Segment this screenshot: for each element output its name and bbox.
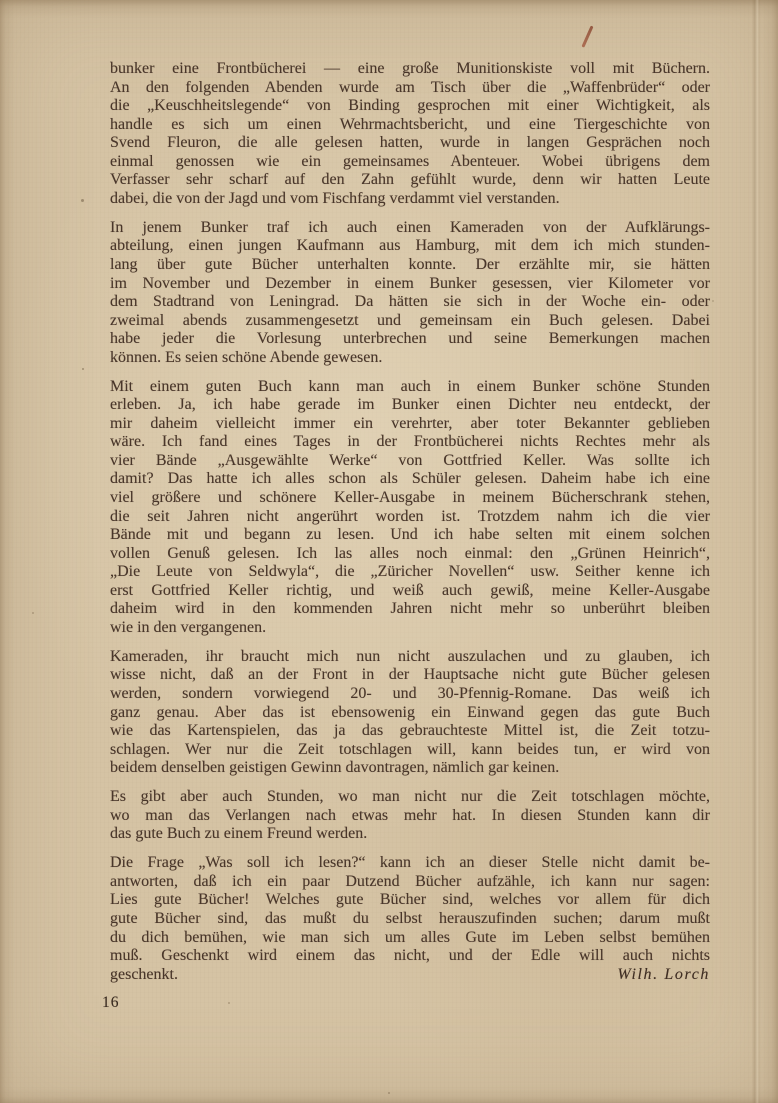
text-line: antworten, daß ich ein paar Dutzend Büch… <box>110 873 710 892</box>
text-line: einmal genossen wie ein gemeinsames Aben… <box>110 153 710 172</box>
text-line: gute Bücher sind, das mußt du selbst her… <box>110 910 710 929</box>
text-line: das gute Buch zu einem Freund werden. <box>110 825 710 844</box>
text-line: habe jeder die Vorlesung unterbrechen un… <box>110 330 710 349</box>
text-line: ganz genau. Aber das ist ebensowenig ein… <box>110 704 710 723</box>
paragraph: In jenem Bunker traf ich auch einen Kame… <box>110 219 710 367</box>
text-line: wäre. Ich fand eines Tages in der Frontb… <box>110 433 710 452</box>
text-line: vier Bände „Ausgewählte Werke“ von Gottf… <box>110 452 710 471</box>
text-line: vollen Genuß gelesen. Ich las alles noch… <box>110 545 710 564</box>
text-line: abteilung, einen jungen Kaufmann aus Ham… <box>110 237 710 256</box>
text-line: schlagen. Wer nur die Zeit totschlagen w… <box>110 741 710 760</box>
text-line: wie das Kartenspielen, das ja das gebrau… <box>110 722 710 741</box>
text-line: muß. Geschenkt wird einem das nicht, und… <box>110 947 710 966</box>
paper-speck <box>81 199 84 202</box>
paper-speck <box>82 368 84 370</box>
text-line: viel größere und schönere Keller-Ausgabe… <box>110 489 710 508</box>
text-line: wo man das Verlangen nach etwas mehr hat… <box>110 807 710 826</box>
paragraph: Es gibt aber auch Stunden, wo man nicht … <box>110 788 710 844</box>
text-line: erleben. Ja, ich habe gerade im Bunker e… <box>110 396 710 415</box>
text-line: du dich bemühen, wie man sich um alles G… <box>110 929 710 948</box>
paragraph: Mit einem guten Buch kann man auch in ei… <box>110 378 710 638</box>
text-line: An den folgenden Abenden wurde am Tisch … <box>110 79 710 98</box>
red-pen-mark-icon <box>581 25 593 47</box>
text-line: Die Frage „Was soll ich lesen?“ kann ich… <box>110 854 710 873</box>
text-line: Bände mit und begann zu lesen. Und ich h… <box>110 526 710 545</box>
author-signature: Wilh. Lorch <box>617 966 710 985</box>
text-line: dabei, die von der Jagd und vom Fischfan… <box>110 190 710 209</box>
text-line: Kameraden, ihr braucht mich nun nicht au… <box>110 648 710 667</box>
text-line: Es gibt aber auch Stunden, wo man nicht … <box>110 788 710 807</box>
text-line: bunker eine Frontbücherei — eine große M… <box>110 60 710 79</box>
text-line: erst Gottfried Keller richtig, und weiß … <box>110 582 710 601</box>
text-line: In jenem Bunker traf ich auch einen Kame… <box>110 219 710 238</box>
paragraph: Die Frage „Was soll ich lesen?“ kann ich… <box>110 854 710 984</box>
paper-speck <box>388 1092 390 1094</box>
text-line: die „Keuschheitslegende“ von Binding ges… <box>110 97 710 116</box>
text-line: Mit einem guten Buch kann man auch in ei… <box>110 378 710 397</box>
paper-speck <box>32 612 34 614</box>
text-line: werden, sondern vorwiegend 20- und 30-Pf… <box>110 685 710 704</box>
paper-speck <box>228 1002 230 1004</box>
text-line: wisse nicht, daß an der Front in der Hau… <box>110 666 710 685</box>
text-line: beidem denselben geistigen Gewinn davont… <box>110 759 710 778</box>
text-line: handle es sich um einen Wehrmachtsberich… <box>110 116 710 135</box>
text-line: geschenkt. <box>110 966 178 985</box>
text-line: mir daheim vielleicht immer ein verehrte… <box>110 415 710 434</box>
page-number: 16 <box>102 994 120 1012</box>
text-line: können. Es seien schöne Abende gewesen. <box>110 349 710 368</box>
text-line: zweimal abends zusammengesetzt und gemei… <box>110 312 710 331</box>
page-crease <box>752 0 760 1103</box>
text-line: die seit Jahren nicht angerührt worden i… <box>110 508 710 527</box>
paper-speck <box>712 300 714 302</box>
scanned-book-page: bunker eine Frontbücherei — eine große M… <box>0 0 778 1103</box>
text-line: lang über gute Bücher unterhalten konnte… <box>110 256 710 275</box>
text-line: im November und Dezember in einem Bunker… <box>110 275 710 294</box>
paragraph: bunker eine Frontbücherei — eine große M… <box>110 60 710 208</box>
text-line: dem Stadtrand von Leningrad. Da hätten s… <box>110 293 710 312</box>
paragraph: Kameraden, ihr braucht mich nun nicht au… <box>110 648 710 778</box>
text-line: „Die Leute von Seldwyla“, die „Züricher … <box>110 563 710 582</box>
page-text: bunker eine Frontbücherei — eine große M… <box>110 60 710 995</box>
text-line: geschenkt.Wilh. Lorch <box>110 966 710 985</box>
text-line: Svend Fleuron, die alle gelesen hatten, … <box>110 134 710 153</box>
text-line: damit? Das hatte ich alles schon als Sch… <box>110 470 710 489</box>
text-line: daheim wird in den kommenden Jahren nich… <box>110 600 710 619</box>
text-line: Verfasser sehr scharf auf den Zahn gefüh… <box>110 171 710 190</box>
text-line: Lies gute Bücher! Welches gute Bücher si… <box>110 891 710 910</box>
text-line: wie in den vergangenen. <box>110 619 710 638</box>
